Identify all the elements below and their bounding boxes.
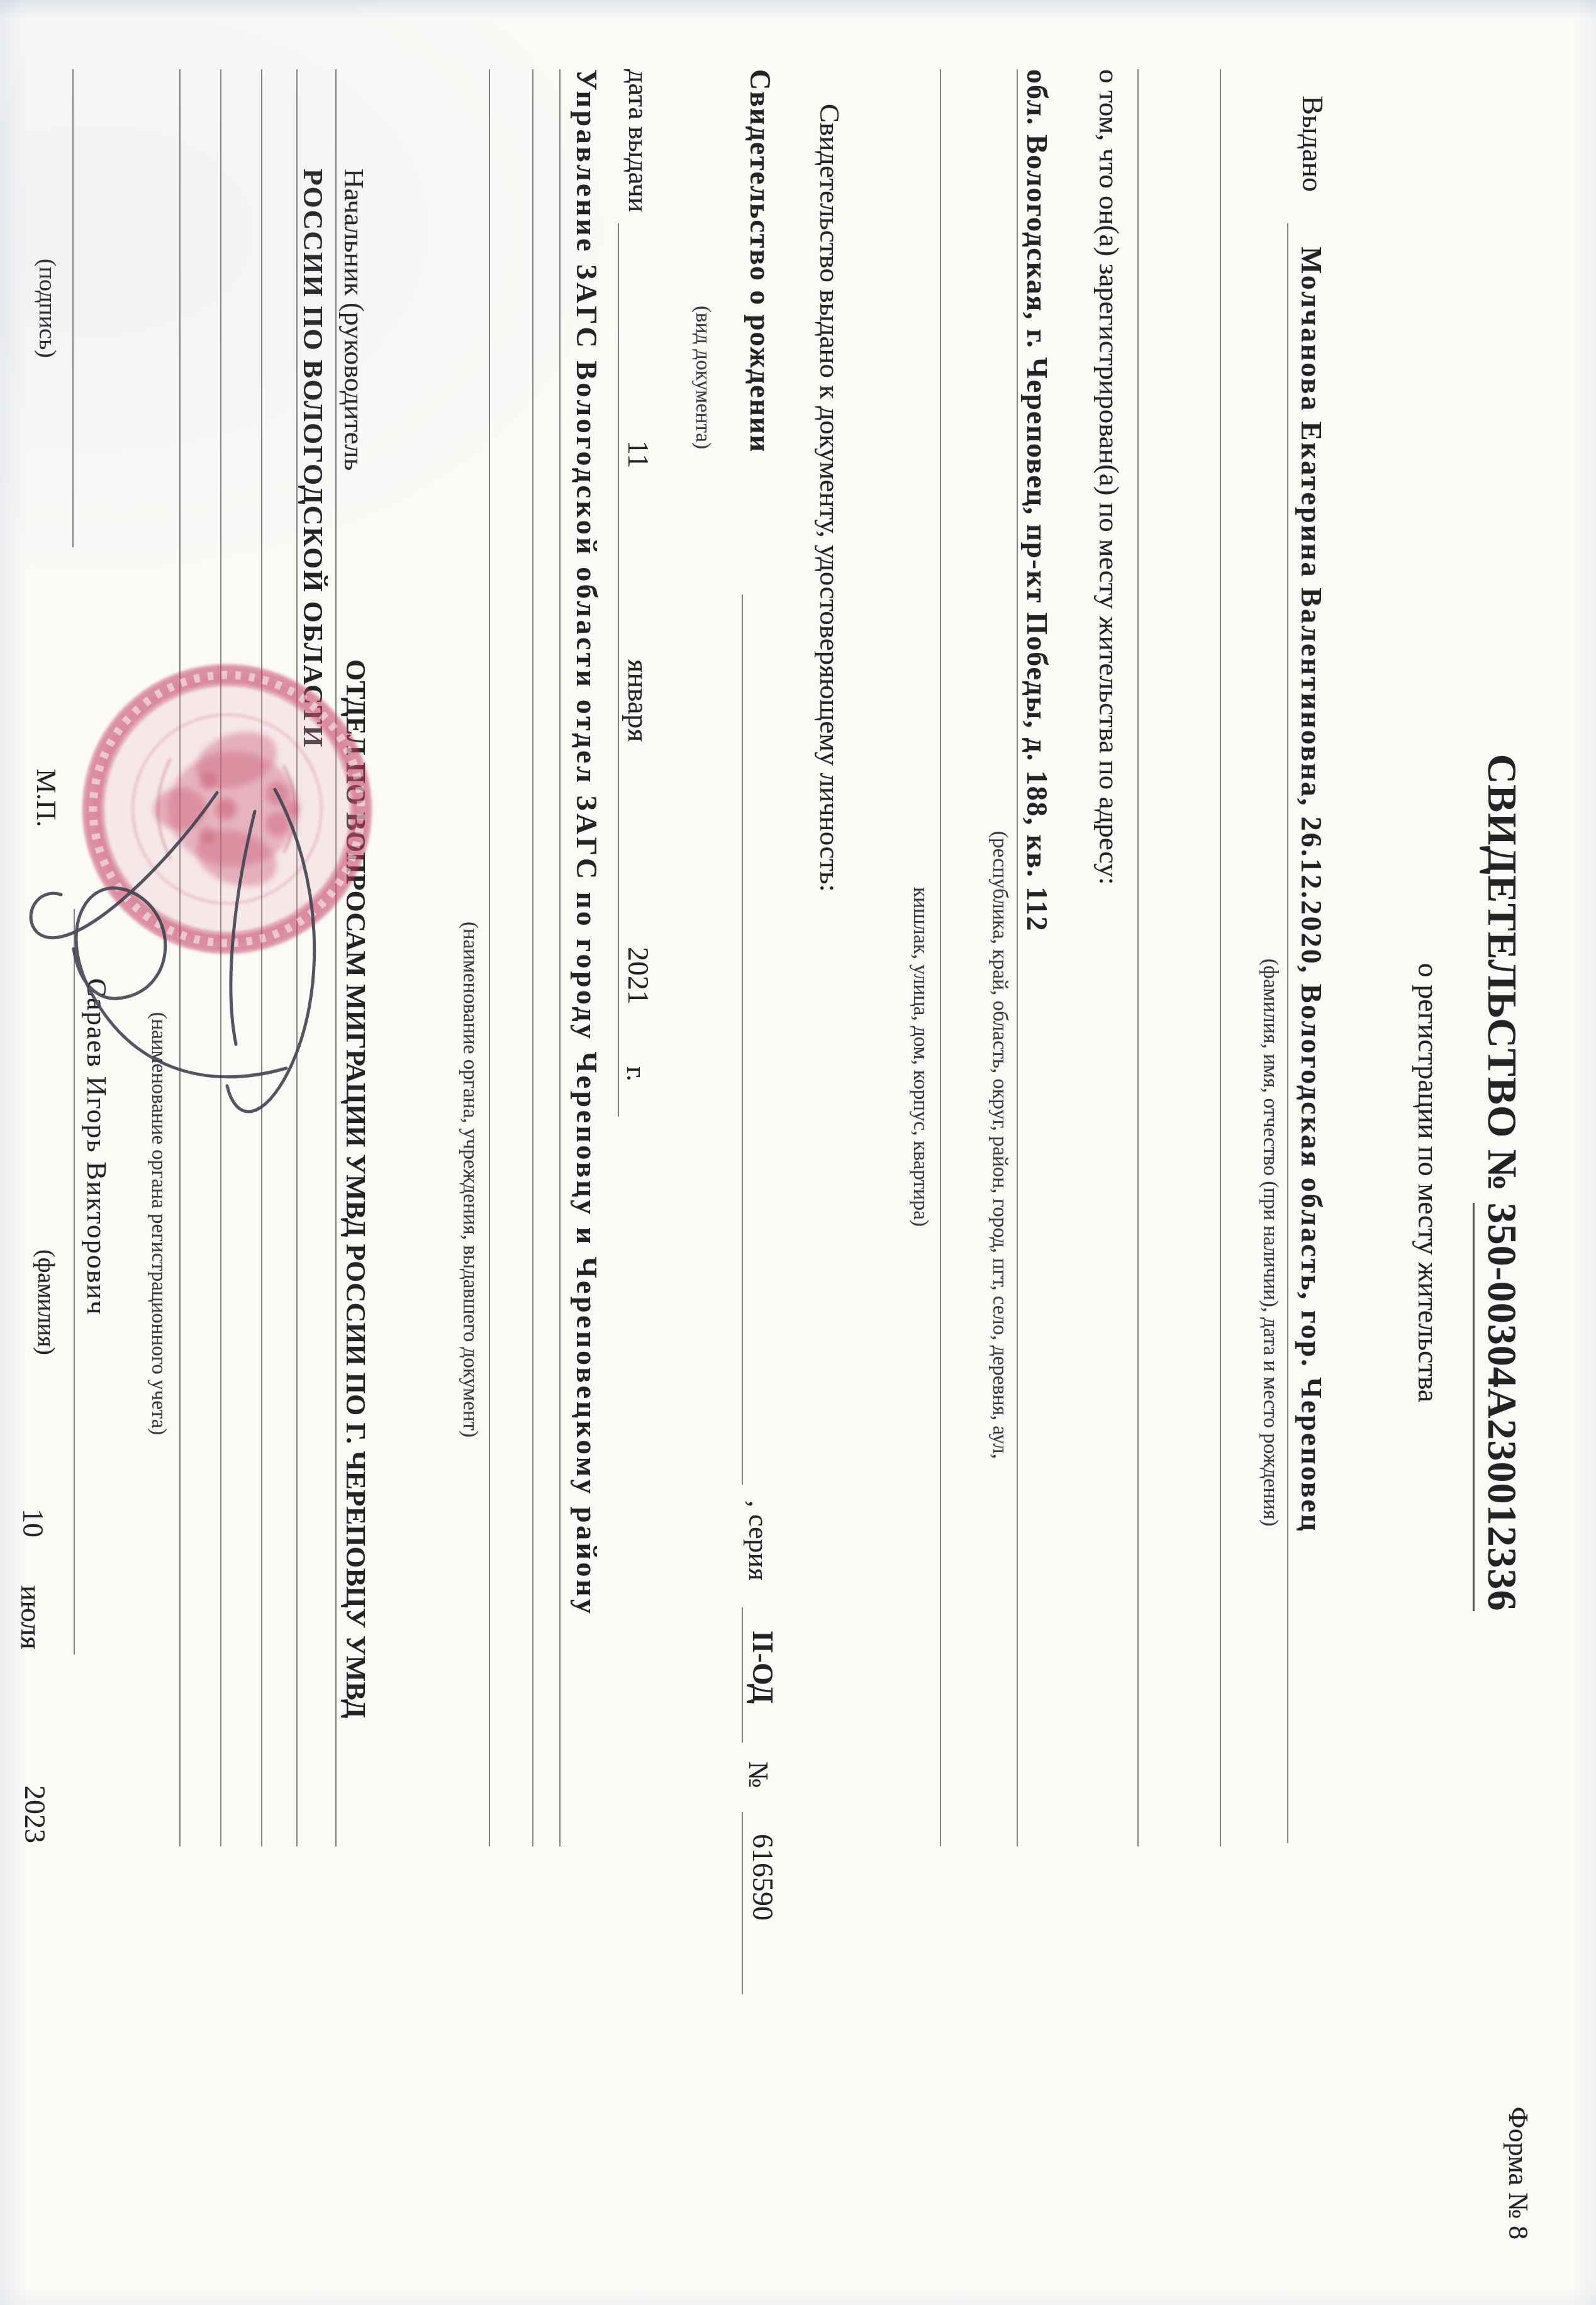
signature: [16, 774, 330, 1176]
field-rule: [1220, 69, 1221, 1846]
field-rule: [742, 594, 743, 1485]
issuing-authority: Управление ЗАГС Вологодской области отде…: [570, 69, 603, 1617]
number-value: 616590: [746, 1834, 779, 1921]
scanned-certificate: Форма № 8 СВИДЕТЕЛЬСТВО № 350-00304А2300…: [0, 0, 1596, 2305]
stamp-date-year: 2023: [18, 1785, 52, 1843]
issuing-authority-caption: (наименование органа, учреждения, выдавш…: [458, 767, 481, 1592]
stamp-date-day: 10: [16, 1509, 50, 1538]
field-rule: [559, 69, 561, 1846]
issued-name: Молчанова Екатерина Валентиновна, 26.12.…: [1295, 247, 1328, 1532]
issue-date-year: 2021: [622, 947, 655, 1005]
field-rule: [335, 69, 337, 1846]
field-rule: [1137, 69, 1139, 1846]
field-rule: [1287, 223, 1288, 1843]
registered-text: о том, что он(а) зарегистрирован(а) по м…: [1093, 69, 1125, 885]
document-page: Форма № 8 СВИДЕТЕЛЬСТВО № 350-00304А2300…: [0, 0, 1596, 2305]
document-type-caption: (вид документа): [691, 120, 714, 635]
registration-authority-line2: РОССИИ ПО ВОЛОГОДСКОЙ ОБЛАСТИ: [297, 169, 329, 748]
field-rule: [532, 69, 533, 1846]
certificate-title-prefix: СВИДЕТЕЛЬСТВО №: [1479, 754, 1525, 1192]
signature-caption: (подпись): [33, 176, 61, 440]
certificate-subtitle: о регистрации по месту жительства: [1412, 239, 1445, 2126]
field-rule: [489, 69, 490, 1846]
stamp-date-month: июля: [14, 1585, 48, 1649]
head-label: Начальник (руководитель: [338, 169, 370, 471]
official-name-caption: (фамилия): [32, 1170, 60, 1434]
address-caption-2: кишлак, улица, дом, корпус, квартира): [908, 717, 932, 1397]
issue-date-suffix: г.: [620, 1066, 652, 1081]
issue-date-label: дата выдачи: [622, 69, 654, 212]
certificate-title: СВИДЕТЕЛЬСТВО № 350-00304А230012336: [1478, 239, 1526, 2126]
identity-text: Свидетельство выдано к документу, удосто…: [813, 104, 846, 892]
issued-name-caption: (фамилия, имя, отчество (при наличии), д…: [1258, 786, 1281, 1699]
series-value: II-ОД: [746, 1631, 779, 1704]
issue-date-month: января: [622, 659, 655, 742]
field-rule: [940, 69, 941, 1846]
issued-label: Выдано: [1296, 96, 1329, 192]
address-value: обл. Вологодская, г. Череповец, пр-кт По…: [1020, 69, 1054, 932]
issue-date-day: 11: [622, 440, 655, 468]
field-rule: [742, 1607, 743, 1743]
field-rule: [1017, 69, 1018, 1846]
field-rule: [742, 1812, 743, 1994]
field-rule: [618, 223, 619, 1117]
document-type: Свидетельство о рождении: [744, 69, 777, 453]
address-caption-1: (республика, край, область, округ, район…: [988, 591, 1011, 1699]
signature-rule: [72, 69, 74, 547]
series-label: , серия: [742, 1500, 774, 1580]
certificate-number: 350-00304А230012336: [1473, 1203, 1525, 1612]
number-label: №: [742, 1761, 774, 1788]
